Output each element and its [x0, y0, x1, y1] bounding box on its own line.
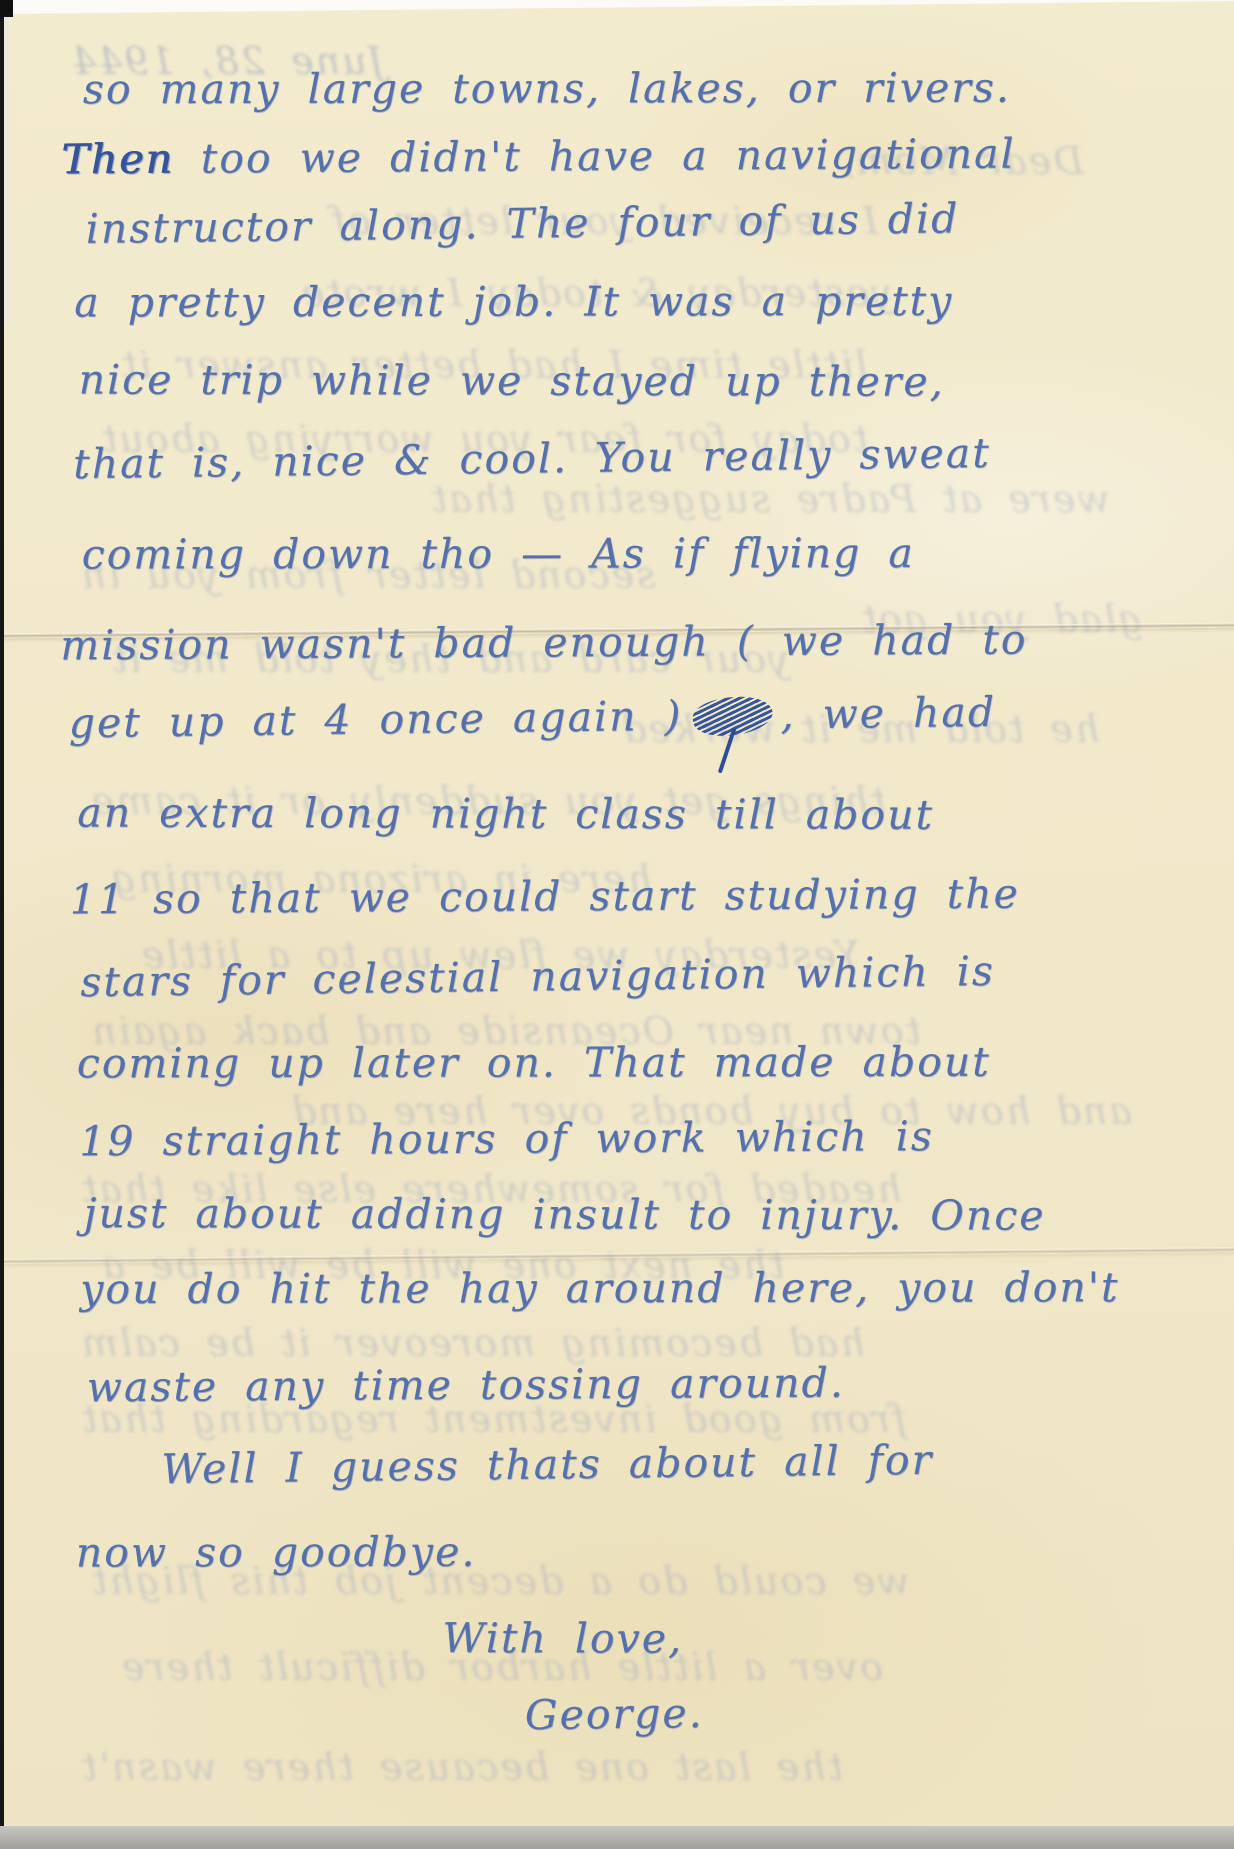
letter-line: a pretty decent job. It was a pretty: [74, 281, 953, 324]
letter-text-layer: so many large towns, lakes, or rivers.Th…: [0, 0, 1234, 1849]
scanner-bottom-band: [0, 1826, 1234, 1849]
letter-line: so many large towns, lakes, or rivers.: [83, 68, 1011, 111]
scan-left-edge: [0, 0, 4, 1833]
letter-line: that is, nice & cool. You really sweat: [73, 433, 991, 485]
letter-line: Then too we didn't have a navigational: [61, 134, 1016, 181]
letter-line: an extra long night class till about: [77, 793, 934, 836]
letter-paper: June 28, 1944Dear Mom,I received your le…: [0, 0, 1234, 1849]
letter-line: waste any time tossing around.: [87, 1363, 845, 1409]
letter-line: just about adding insult to injury. Once: [84, 1193, 1046, 1237]
overwritten-word: Then: [61, 135, 174, 184]
letter-line: mission wasn't bad enough ( we had to: [60, 619, 1027, 666]
letter-line: nice trip while we stayed up there,: [79, 359, 945, 402]
letter-line: coming up later on. That made about: [77, 1042, 991, 1085]
letter-line: Well I guess thats about all for: [161, 1440, 933, 1490]
letter-line: you do hit the hay around here, you don'…: [80, 1267, 1119, 1310]
letter-line: now so goodbye.: [76, 1532, 477, 1574]
scan-top-left-corner: [0, 0, 13, 17]
signature-line: George.: [525, 1693, 704, 1736]
letter-scan: June 28, 1944Dear Mom,I received your le…: [0, 0, 1234, 1849]
letter-line: 11 so that we could start studying the: [70, 874, 1020, 921]
letter-line: stars for celestial navigation which is: [80, 951, 995, 1003]
paper-left-edge-sheen: [3, 12, 14, 322]
letter-line: coming down tho — As if flying a: [82, 533, 915, 575]
scribbled-out-word: [690, 691, 774, 739]
letter-line: 19 straight hours of work which is: [79, 1116, 934, 1162]
letter-line: get up at 4 once again ), we had: [69, 692, 997, 749]
closing-line: With love,: [442, 1618, 683, 1660]
letter-line: instructor along. The four of us did: [86, 198, 960, 250]
